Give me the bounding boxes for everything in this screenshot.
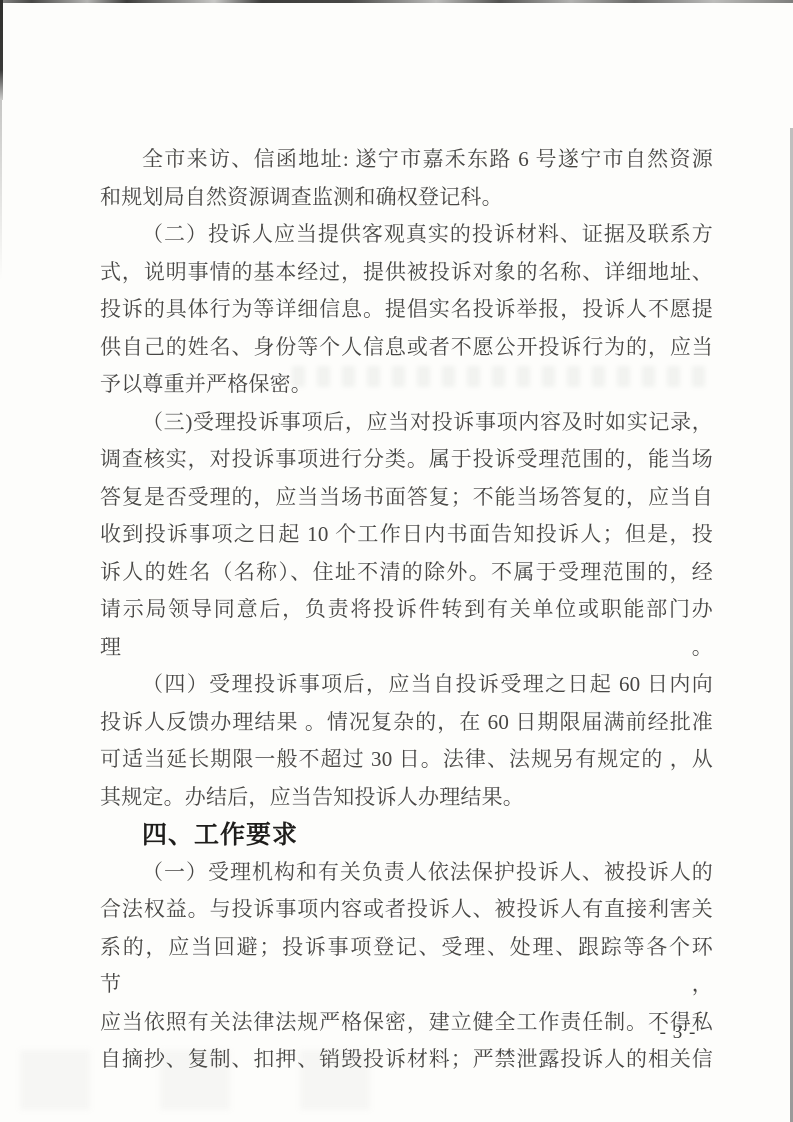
body-line: 请示局领导同意后，负责将投诉件转到有关单位或职能部门办理。 xyxy=(100,591,713,666)
scanned-document-page: 全市来访、信函地址: 遂宁市嘉禾东路 6 号遂宁市自然资源 和规划局自然资源调查… xyxy=(0,0,793,1122)
body-line: 调查核实，对投诉事项进行分类。属于投诉受理范围的，能当场 xyxy=(100,441,713,479)
body-line: 诉人的姓名（名称）、住址不清的除外。不属于受理范围的，经 xyxy=(100,554,713,592)
body-line: 全市来访、信函地址: 遂宁市嘉禾东路 6 号遂宁市自然资源 xyxy=(100,141,713,179)
scan-left-edge-line xyxy=(0,0,3,100)
body-line: （三)受理投诉事项后，应当对投诉事项内容及时如实记录， xyxy=(100,404,713,442)
body-line: 其规定。办结后，应当告知投诉人办理结果。 xyxy=(100,779,713,817)
body-line: （一）受理机构和有关负责人依法保护投诉人、被投诉人的 xyxy=(100,854,713,892)
body-line: （二）投诉人应当提供客观真实的投诉材料、证据及联系方 xyxy=(100,216,713,254)
body-line: （四）受理投诉事项后，应当自投诉受理之日起 60 日内向 xyxy=(100,666,713,704)
section-heading: 四、工作要求 xyxy=(100,816,713,854)
body-line: 收到投诉事项之日起 10 个工作日内书面告知投诉人；但是，投 xyxy=(100,516,713,554)
scan-left-edge-fade xyxy=(0,100,2,280)
body-line: 供自己的姓名、身份等个人信息或者不愿公开投诉行为的，应当 xyxy=(100,329,713,367)
body-line: 式，说明事情的基本经过，提供被投诉对象的名称、详细地址、 xyxy=(100,254,713,292)
body-line: 自摘抄、复制、扣押、销毁投诉材料；严禁泄露投诉人的相关信 xyxy=(100,1041,713,1079)
body-line: 系的，应当回避；投诉事项登记、受理、处理、跟踪等各个环节， xyxy=(100,929,713,1004)
body-line: 予以尊重并严格保密。 xyxy=(100,366,713,404)
body-line: 答复是否受理的，应当当场书面答复；不能当场答复的，应当自 xyxy=(100,479,713,517)
body-line: 投诉人反馈办理结果 。情况复杂的，在 60 日期限届满前经批准 xyxy=(100,704,713,742)
body-line: 应当依照有关法律法规严格保密，建立健全工作责任制。不得私 xyxy=(100,1004,713,1042)
body-text: 全市来访、信函地址: 遂宁市嘉禾东路 6 号遂宁市自然资源 和规划局自然资源调查… xyxy=(100,141,713,1079)
body-line: 可适当延长期限一般不超过 30 日。法律、法规另有规定的 ，从 xyxy=(100,741,713,779)
body-line: 投诉的具体行为等详细信息。提倡实名投诉举报，投诉人不愿提 xyxy=(100,291,713,329)
body-line: 和规划局自然资源调查监测和确权登记科。 xyxy=(100,179,713,217)
scan-top-edge-line xyxy=(0,0,793,3)
page-number: - 3 - xyxy=(648,1022,708,1044)
body-line: 合法权益。与投诉事项内容或者投诉人、被投诉人有直接利害关 xyxy=(100,891,713,929)
